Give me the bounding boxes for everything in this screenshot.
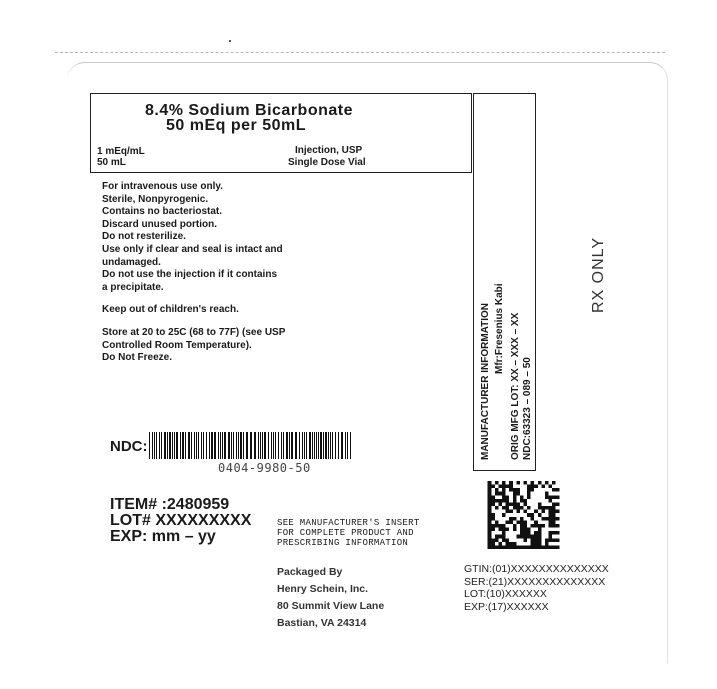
usage-warnings: For intravenous use only.Sterile, Nonpyr…	[102, 181, 283, 294]
perforation-line	[55, 52, 665, 53]
warning-line: For intravenous use only.	[102, 181, 283, 194]
gs1-identifiers: GTIN:(01)XXXXXXXXXXXXXXSER:(21)XXXXXXXXX…	[464, 563, 609, 613]
packager-line: Bastian, VA 24314	[277, 615, 384, 632]
datamatrix-code	[487, 481, 560, 549]
storage-instructions: Store at 20 to 25C (68 to 77F) (see USPC…	[102, 327, 285, 365]
insert-line: SEE MANUFACTURER'S INSERT	[277, 518, 420, 528]
gs1-line: LOT:(10)XXXXXX	[464, 588, 609, 601]
item-info: ITEM# :2480959 LOT# XXXXXXXXX EXP: mm – …	[110, 497, 251, 545]
packager-line: Henry Schein, Inc.	[277, 581, 384, 598]
ndc-label: NDC:	[110, 438, 148, 455]
volume: 50 mL	[97, 157, 126, 169]
manufacturer-heading: MANUFACTURER INFORMATION	[480, 303, 492, 460]
expiration: EXP: mm – yy	[110, 529, 251, 545]
item-number: ITEM# :2480959	[110, 497, 251, 513]
rx-only-label: RX ONLY	[590, 237, 608, 313]
insert-notice: SEE MANUFACTURER'S INSERTFOR COMPLETE PR…	[277, 518, 420, 548]
orig-mfg-lot: ORIG MFG LOT: XX – XXX – XX	[510, 313, 522, 460]
manufacturer-info-box: MANUFACTURER INFORMATION Mfr:Fresenius K…	[473, 93, 536, 471]
packager-line: 80 Summit View Lane	[277, 598, 384, 615]
insert-line: FOR COMPLETE PRODUCT AND	[277, 528, 420, 538]
dosage-form: Injection, USP	[295, 145, 362, 157]
ndc-number: 0404-9980-50	[218, 461, 311, 475]
packager-line: Packaged By	[277, 564, 384, 581]
warning-line: Do not resterilize.	[102, 231, 283, 244]
product-strength: 50 mEq per 50mL	[166, 117, 306, 135]
manufacturer-name: Mfr:Fresenius Kabi	[494, 283, 506, 374]
warning-line: Contains no bacteriostat.	[102, 206, 283, 219]
keep-out-notice: Keep out of children's reach.	[102, 304, 239, 315]
gs1-line: SER:(21)XXXXXXXXXXXXXX	[464, 576, 609, 589]
gs1-line: GTIN:(01)XXXXXXXXXXXXXX	[464, 563, 609, 576]
warning-line: Sterile, Nonpyrogenic.	[102, 194, 283, 207]
warning-line: a precipitate.	[102, 282, 283, 295]
warning-line: Do not use the injection if it contains	[102, 269, 283, 282]
product-title-box: 8.4% Sodium Bicarbonate 50 mEq per 50mL …	[90, 93, 472, 173]
packager-info: Packaged ByHenry Schein, Inc.80 Summit V…	[277, 564, 384, 632]
insert-line: PRESCRIBING INFORMATION	[277, 538, 420, 548]
storage-line: Store at 20 to 25C (68 to 77F) (see USP	[102, 327, 285, 340]
manufacturer-ndc: NDC:63323 – 089 – 50	[522, 357, 534, 460]
storage-line: Do Not Freeze.	[102, 352, 285, 365]
storage-line: Controlled Room Temperature).	[102, 340, 285, 353]
gs1-line: EXP:(17)XXXXXX	[464, 601, 609, 614]
lot-number: LOT# XXXXXXXXX	[110, 513, 251, 529]
warning-line: Discard unused portion.	[102, 219, 283, 232]
scan-speck	[229, 40, 231, 42]
ndc-barcode	[149, 432, 354, 459]
warning-line: undamaged.	[102, 257, 283, 270]
warning-line: Use only if clear and seal is intact and	[102, 244, 283, 257]
container-type: Single Dose Vial	[288, 157, 366, 169]
